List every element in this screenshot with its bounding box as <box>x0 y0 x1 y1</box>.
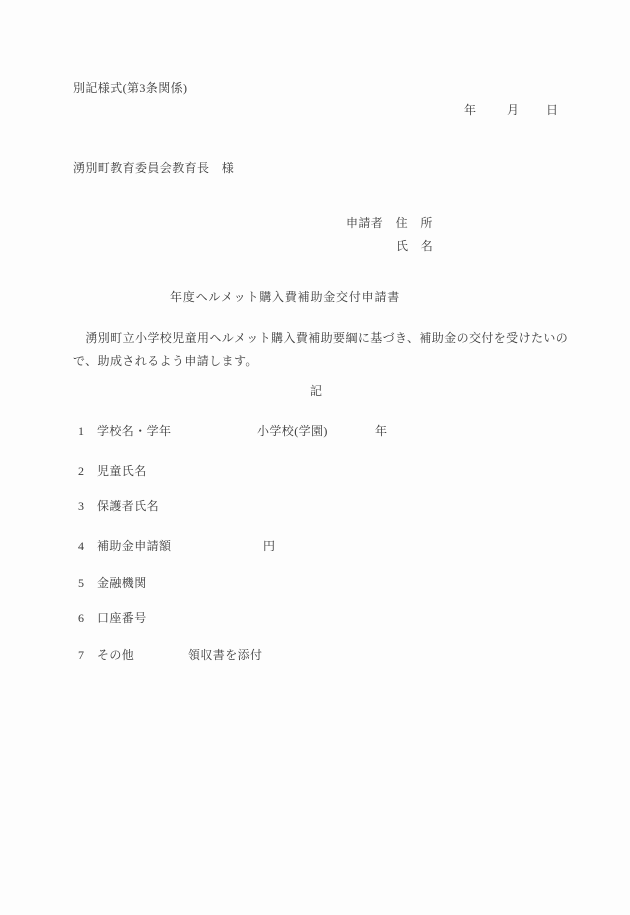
item-row-bank: 5 金融機関 <box>0 576 630 590</box>
section-marker: 記 <box>310 384 322 398</box>
date-month-label: 月 <box>507 103 519 117</box>
item-label: 児童氏名 <box>97 464 147 478</box>
item-label: その他 <box>97 648 134 662</box>
applicant-address-line: 申請者 住 所 <box>346 216 433 230</box>
item-number: 1 <box>78 424 84 438</box>
item-field-receipt-note: 領収書を添付 <box>188 648 262 662</box>
item-row-account-number: 6 口座番号 <box>0 611 630 625</box>
item-number: 4 <box>78 539 84 553</box>
item-field-school-suffix: 小学校(学園) <box>257 424 328 438</box>
item-row-guardian-name: 3 保護者氏名 <box>0 499 630 513</box>
item-label: 保護者氏名 <box>97 499 159 513</box>
item-label: 補助金申請額 <box>97 539 171 553</box>
body-line-2: で、助成されるよう申請します。 <box>73 354 258 368</box>
document-title: 年度ヘルメット購入費補助金交付申請書 <box>170 290 400 304</box>
item-label: 学校名・学年 <box>97 424 171 438</box>
date-year-label: 年 <box>464 103 476 117</box>
date-day-label: 日 <box>546 103 558 117</box>
item-field-yen-suffix: 円 <box>263 539 275 553</box>
item-row-subsidy-amount: 4 補助金申請額 円 <box>0 539 630 553</box>
item-row-child-name: 2 児童氏名 <box>0 464 630 478</box>
item-number: 3 <box>78 499 84 513</box>
item-number: 7 <box>78 648 84 662</box>
item-field-grade-suffix: 年 <box>375 424 387 438</box>
item-label: 口座番号 <box>97 611 147 625</box>
form-reference: 別記様式(第3条関係) <box>73 81 187 95</box>
item-label: 金融機関 <box>97 576 147 590</box>
applicant-name-line: 氏 名 <box>396 239 433 253</box>
item-row-school: 1 学校名・学年 小学校(学園) 年 <box>0 424 630 438</box>
item-number: 2 <box>78 464 84 478</box>
item-row-other: 7 その他 領収書を添付 <box>0 648 630 662</box>
addressee: 湧別町教育委員会教育長 様 <box>73 161 234 175</box>
document-page: 別記様式(第3条関係) 年 月 日 湧別町教育委員会教育長 様 申請者 住 所 … <box>0 0 630 915</box>
item-number: 6 <box>78 611 84 625</box>
body-line-1: 湧別町立小学校児童用ヘルメット購入費補助要綱に基づき、補助金の交付を受けたいの <box>73 331 568 345</box>
item-number: 5 <box>78 576 84 590</box>
